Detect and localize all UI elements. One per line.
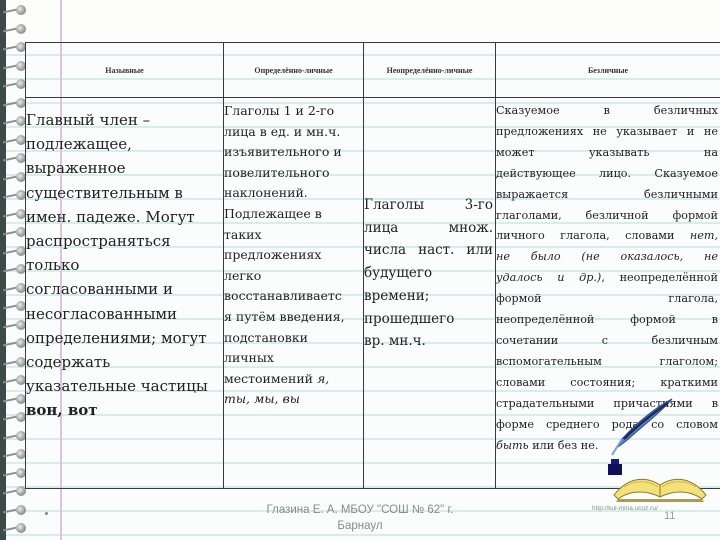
cell-indefinite-personal: Глаголы 3-голица множ.числа наст. илибуд…: [364, 98, 496, 489]
text-line: Главный член –: [26, 108, 223, 132]
ring-icon: [3, 504, 25, 516]
text-line: вон, вот: [26, 398, 223, 422]
ring-icon: [3, 171, 25, 183]
header-nominative: Назывные: [26, 43, 224, 98]
ring-icon: [3, 97, 25, 109]
text-line: выражается безличными: [496, 185, 718, 206]
page-number: 11: [664, 510, 675, 522]
text-line: ты, мы, вы: [224, 389, 363, 410]
text-line: содержать: [26, 350, 223, 374]
header-indefinite-personal: Неопределённо-личные: [364, 43, 496, 98]
footer-author: Глазина Е. А. МБОУ "СОШ № 62" г. Барнаул: [240, 502, 480, 534]
bullet-dot: [45, 512, 48, 515]
footer-url[interactable]: http://kul-mina.ucoz.ru/: [592, 505, 658, 512]
text-line: удалось и др.), неопределённой: [496, 268, 718, 289]
author-line-1: Глазина Е. А. МБОУ "СОШ № 62" г.: [240, 502, 480, 518]
text-line: предложениях: [224, 245, 363, 266]
text-line: не было (не оказалось, не: [496, 247, 718, 268]
text-line: местоимений я,: [224, 369, 363, 390]
ring-icon: [3, 319, 25, 331]
ring-icon: [3, 134, 25, 146]
text-line: словами состояния; краткими: [496, 373, 718, 394]
text-line: существительным в: [26, 181, 223, 205]
text-line: предложениях не указывает и не: [496, 122, 718, 143]
definite-personal-text: Глаголы 1 и 2-голица в ед. и мн.ч.изъяви…: [224, 98, 363, 410]
text-line: подстановки: [224, 328, 363, 349]
ring-icon: [3, 4, 25, 16]
text-line: лица в ед. и мн.ч.: [224, 122, 363, 143]
text-line: сочетании с безличным: [496, 331, 718, 352]
ring-icon: [3, 208, 25, 220]
text-fragment: личного глагола, словами: [496, 229, 690, 242]
ring-icon: [3, 263, 25, 275]
text-line: имен. падеже. Могут: [26, 205, 223, 229]
ring-icon: [3, 152, 25, 164]
text-fragment: , неопределённой: [601, 271, 718, 284]
ring-icon: [3, 115, 25, 127]
italic-fragment: удалось и др.): [496, 271, 601, 284]
ring-icon: [3, 485, 25, 497]
quill-icon: [600, 395, 680, 465]
text-line: будущего: [364, 262, 493, 285]
ring-icon: [3, 467, 25, 479]
text-line: Глаголы 3-го: [364, 194, 493, 217]
italic-fragment: нет,: [690, 229, 718, 242]
text-line: формой глагола,: [496, 289, 718, 310]
table-header-row: Назывные Определённо-личные Неопределённ…: [26, 43, 720, 98]
text-line: легко: [224, 266, 363, 287]
text-line: лица множ.: [364, 217, 493, 240]
indefinite-personal-text: Глаголы 3-голица множ.числа наст. илибуд…: [364, 98, 495, 353]
header-impersonal: Безличные: [496, 43, 720, 98]
text-line: только: [26, 253, 223, 277]
text-line: личных: [224, 348, 363, 369]
text-line: наклонений.: [224, 183, 363, 204]
ring-icon: [3, 448, 25, 460]
text-line: согласованными и: [26, 277, 223, 301]
text-line: восстанавливаетс: [224, 286, 363, 307]
top-blank-area: [0, 0, 720, 42]
ring-icon: [3, 282, 25, 294]
ring-icon: [3, 78, 25, 90]
spiral-binding-icon: [0, 0, 26, 540]
nominative-text: Главный член –подлежащее,выраженноесущес…: [26, 98, 223, 423]
text-line: прошедшего: [364, 308, 493, 331]
open-book-icon: [610, 465, 710, 503]
cell-definite-personal: Глаголы 1 и 2-голица в ед. и мн.ч.изъяви…: [224, 98, 364, 489]
text-line: определениями; могут: [26, 326, 223, 350]
ring-icon: [3, 356, 25, 368]
text-line: глаголами, безличной формой: [496, 206, 718, 227]
text-line: выраженное: [26, 156, 223, 180]
text-line: изъявительного и: [224, 142, 363, 163]
ring-icon: [3, 430, 25, 442]
ring-icon: [3, 60, 25, 72]
ring-icon: [3, 374, 25, 386]
italic-fragment: я,: [317, 371, 329, 386]
text-line: я путём введения,: [224, 307, 363, 328]
ring-icon: [3, 226, 25, 238]
header-definite-personal: Определённо-личные: [224, 43, 364, 98]
ring-icon: [3, 393, 25, 405]
text-line: неопределённой формой в: [496, 310, 718, 331]
text-line: Сказуемое в безличных: [496, 101, 718, 122]
text-line: повелительного: [224, 163, 363, 184]
text-fragment: или без не.: [529, 439, 599, 452]
text-line: числа наст. или: [364, 239, 493, 262]
text-line: подлежащее,: [26, 132, 223, 156]
ring-icon: [3, 411, 25, 423]
text-line: времени;: [364, 285, 493, 308]
ring-icon: [3, 300, 25, 312]
ring-icon: [3, 23, 25, 35]
text-line: указательные частицы: [26, 374, 223, 398]
ring-icon: [3, 522, 25, 534]
ring-icon: [3, 245, 25, 257]
text-line: распространяться: [26, 229, 223, 253]
text-line: может указывать на: [496, 143, 718, 164]
author-line-2: Барнаул: [240, 518, 480, 534]
ring-icon: [3, 337, 25, 349]
text-line: Подлежащее в: [224, 204, 363, 225]
text-line: Глаголы 1 и 2-го: [224, 101, 363, 122]
text-line: вр. мн.ч.: [364, 330, 493, 353]
text-line: личного глагола, словами нет,: [496, 226, 718, 247]
ring-icon: [3, 189, 25, 201]
cell-nominative: Главный член –подлежащее,выраженноесущес…: [26, 98, 224, 489]
text-line: таких: [224, 225, 363, 246]
text-line: действующее лицо. Сказуемое: [496, 164, 718, 185]
text-line: вспомогательным глаголом;: [496, 352, 718, 373]
text-line: несогласованными: [26, 302, 223, 326]
ring-icon: [3, 41, 25, 53]
italic-fragment: быть: [496, 439, 529, 452]
